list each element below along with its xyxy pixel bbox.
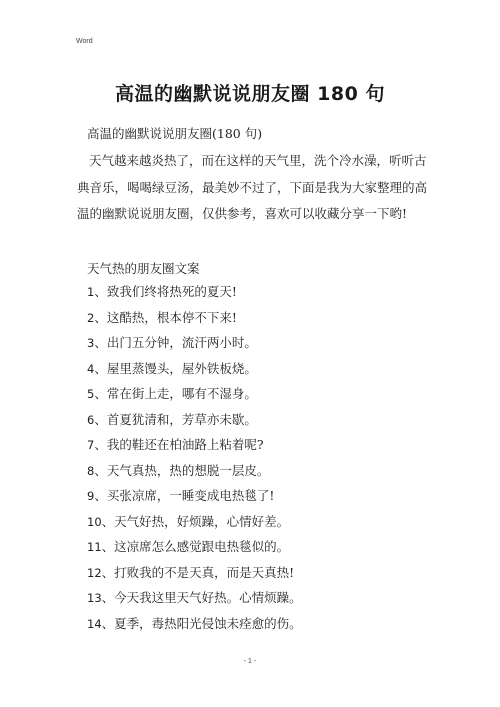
- item-text: 、屋里蒸馒头，屋外铁板烧。: [94, 361, 257, 376]
- item-text: 、出门五分钟，流汗两小时。: [94, 335, 257, 350]
- list-item: 10、天气好热，好烦躁，心情好差。: [87, 514, 302, 540]
- item-text: 、致我们终将热死的夏天!: [94, 284, 237, 299]
- header-label: Word: [76, 38, 93, 45]
- item-text: 、今天我这里天气好热。心情烦躁。: [102, 590, 302, 605]
- section-heading: 天气热的朋友圈文案: [87, 259, 200, 277]
- list-item: 8、天气真热，热的想脱一层皮。: [87, 463, 302, 489]
- quote-list: 1、致我们终将热死的夏天! 2、这酷热，根本停不下来! 3、出门五分钟，流汗两小…: [87, 284, 302, 641]
- list-item: 9、买张凉席，一睡变成电热毯了!: [87, 488, 302, 514]
- item-text: 、我的鞋还在柏油路上粘着呢?: [94, 437, 263, 452]
- list-item: 2、这酷热，根本停不下来!: [87, 310, 302, 336]
- item-number: 12: [87, 566, 102, 580]
- item-text: 、这酷热，根本停不下来!: [94, 310, 237, 325]
- list-item: 3、出门五分钟，流汗两小时。: [87, 335, 302, 361]
- list-item: 4、屋里蒸馒头，屋外铁板烧。: [87, 361, 302, 387]
- list-item: 5、常在街上走，哪有不湿身。: [87, 386, 302, 412]
- item-text: 、常在街上走，哪有不湿身。: [94, 386, 257, 401]
- list-item: 7、我的鞋还在柏油路上粘着呢?: [87, 437, 302, 463]
- item-text: 、天气真热，热的想脱一层皮。: [94, 463, 269, 478]
- item-number: 14: [87, 617, 102, 631]
- list-item: 6、首夏犹清和，芳草亦未歇。: [87, 412, 302, 438]
- list-item: 12、打败我的不是天真，而是天真热!: [87, 565, 302, 591]
- document-subtitle: 高温的幽默说说朋友圈(180 句): [87, 124, 262, 142]
- item-text: 、天气好热，好烦躁，心情好差。: [102, 514, 290, 529]
- item-number: 10: [87, 515, 102, 529]
- intro-paragraph: 天气越来越炎热了，而在这样的天气里，洗个冷水澡，听听古典音乐，喝喝绿豆汤，最美妙…: [77, 148, 429, 228]
- item-text: 、夏季，毒热阳光侵蚀未痊愈的伤。: [102, 616, 302, 631]
- item-number: 13: [87, 591, 102, 605]
- item-text: 、买张凉席，一睡变成电热毯了!: [94, 488, 274, 503]
- item-text: 、首夏犹清和，芳草亦未歇。: [94, 412, 257, 427]
- list-item: 14、夏季，毒热阳光侵蚀未痊愈的伤。: [87, 616, 302, 642]
- item-number: 11: [87, 540, 102, 554]
- item-text: 、打败我的不是天真，而是天真热!: [102, 565, 295, 580]
- page-number: - 1 -: [0, 658, 500, 665]
- list-item: 1、致我们终将热死的夏天!: [87, 284, 302, 310]
- item-text: 、这凉席怎么感觉跟电热毯似的。: [102, 539, 290, 554]
- list-item: 13、今天我这里天气好热。心情烦躁。: [87, 590, 302, 616]
- list-item: 11、这凉席怎么感觉跟电热毯似的。: [87, 539, 302, 565]
- document-title: 高温的幽默说说朋友圈 180 句: [0, 79, 500, 106]
